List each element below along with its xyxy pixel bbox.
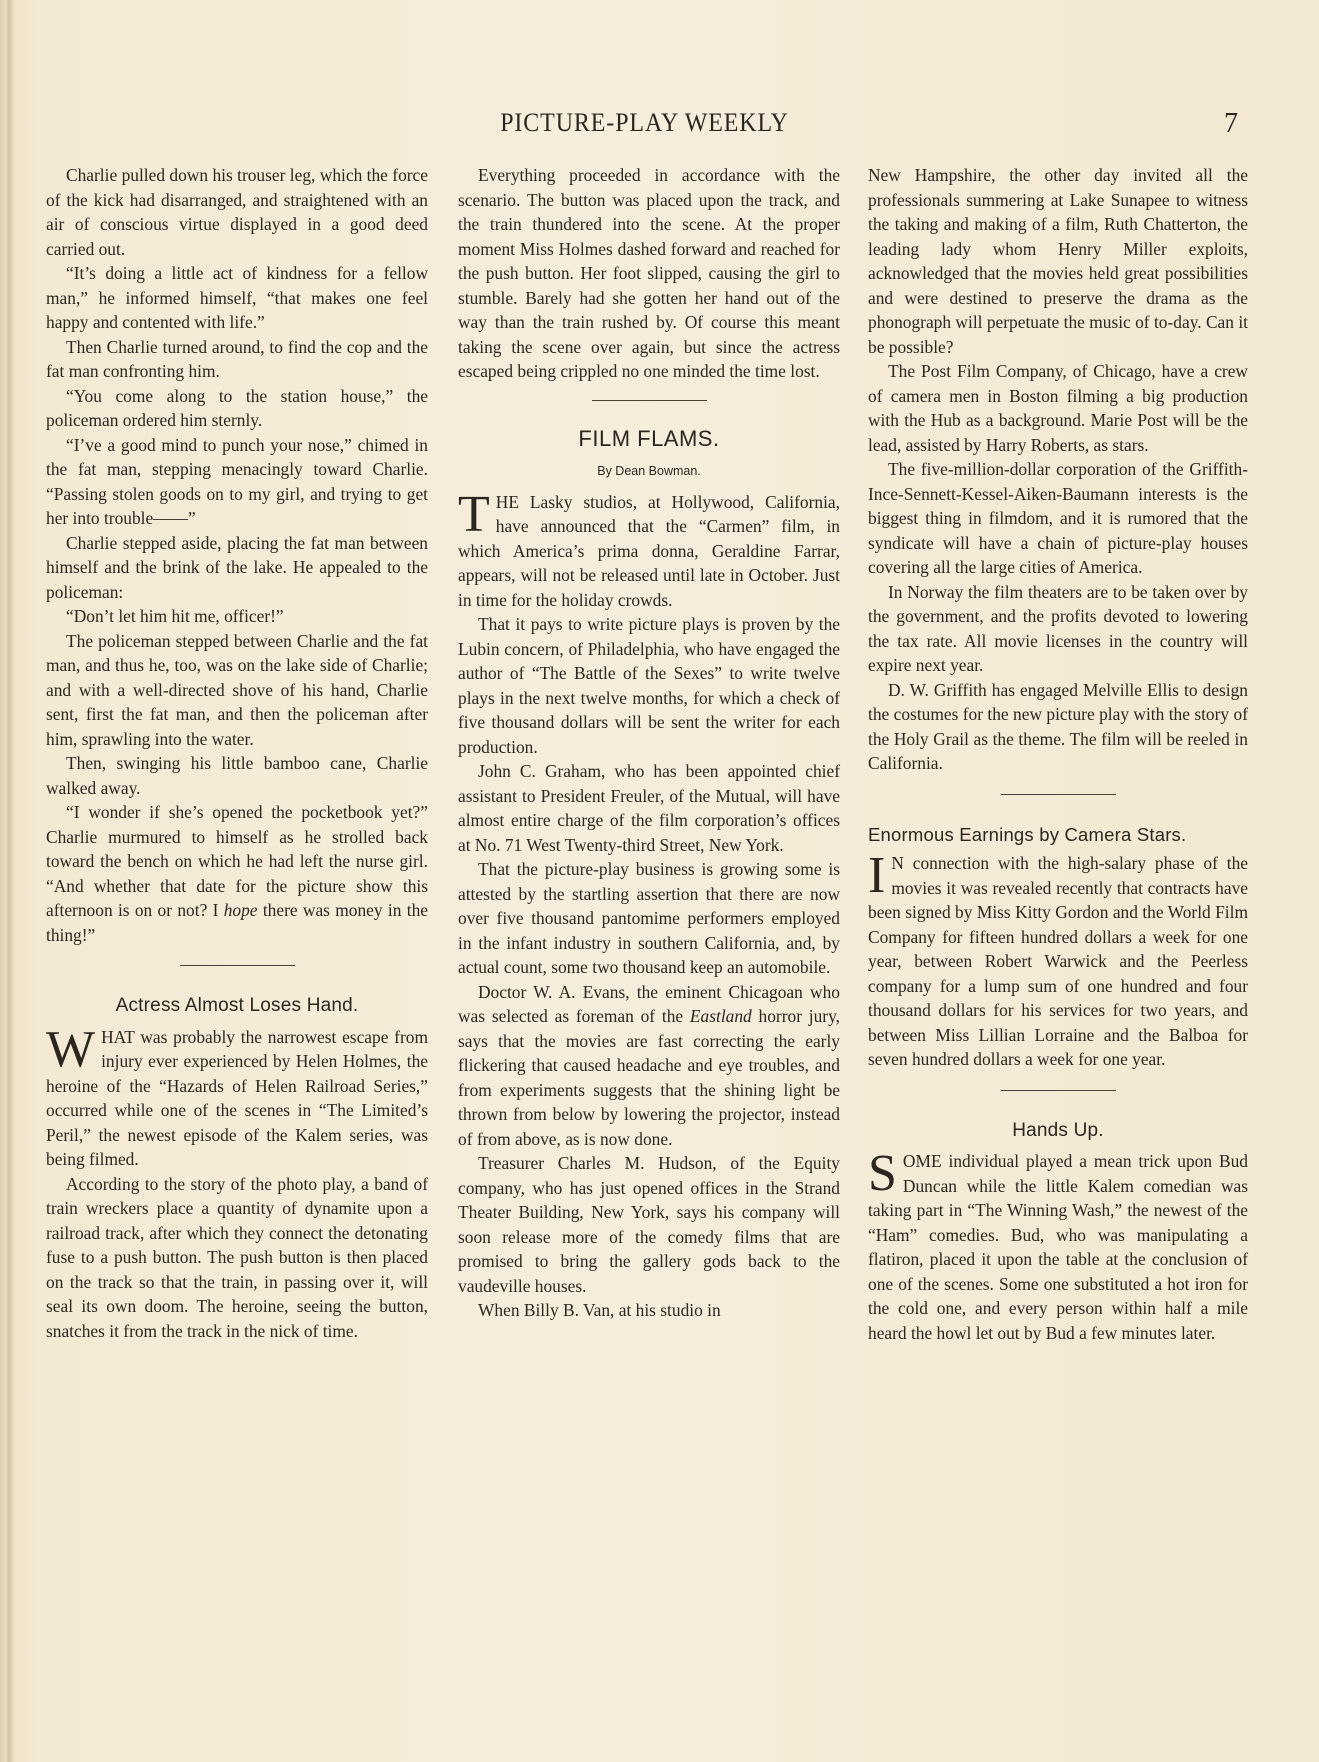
article-paragraph: The Post Film Company, of Chicago, have … bbox=[868, 359, 1248, 457]
article-lead-paragraph: WHAT was probably the narrowest escape f… bbox=[46, 1025, 428, 1172]
section-divider bbox=[1001, 794, 1116, 795]
story-paragraph: “I’ve a good mind to punch your nose,” c… bbox=[46, 433, 428, 531]
article-lead-paragraph: THE Lasky studios, at Hollywood, Califor… bbox=[458, 490, 840, 613]
right-column: New Hampshire, the other day invited all… bbox=[868, 163, 1248, 1345]
article-paragraph: John C. Graham, who has been appointed c… bbox=[458, 759, 840, 857]
page-number: 7 bbox=[1224, 108, 1238, 140]
italic-word: Eastland bbox=[690, 1006, 752, 1026]
lead-caps: OME bbox=[903, 1151, 942, 1171]
magazine-title: PICTURE-PLAY WEEKLY bbox=[467, 108, 821, 138]
lead-caps: HAT bbox=[101, 1027, 135, 1047]
lead-text: individual played a mean trick upon Bud … bbox=[868, 1151, 1248, 1343]
article-title-actress: Actress Almost Loses Hand. bbox=[46, 994, 428, 1019]
lead-text: was probably the narrowest escape from i… bbox=[46, 1027, 428, 1170]
section-divider bbox=[1001, 1090, 1116, 1091]
article-title-film-flams: FILM FLAMS. bbox=[458, 427, 840, 452]
story-paragraph: Charlie pulled down his trouser leg, whi… bbox=[46, 163, 428, 261]
article-paragraph: When Billy B. Van, at his studio in bbox=[458, 1298, 840, 1323]
article-paragraph: Treasurer Charles M. Hudson, of the Equi… bbox=[458, 1151, 840, 1298]
story-paragraph: “Don’t let him hit me, officer!” bbox=[46, 604, 428, 629]
article-paragraph: The five-million-dollar corporation of t… bbox=[868, 457, 1248, 580]
article-title-hands-up: Hands Up. bbox=[868, 1119, 1248, 1144]
article-paragraph: Doctor W. A. Evans, the eminent Chicagoa… bbox=[458, 980, 840, 1152]
story-paragraph: Then Charlie turned around, to find the … bbox=[46, 335, 428, 384]
article-title-earnings: Enormous Earnings by Camera Stars. bbox=[868, 823, 1248, 848]
continuation-paragraph: New Hampshire, the other day invited all… bbox=[868, 163, 1248, 359]
text-span: horror jury, says that the movies are fa… bbox=[458, 1006, 840, 1149]
story-paragraph: Charlie stepped aside, placing the fat m… bbox=[46, 531, 428, 605]
story-paragraph: “You come along to the station house,” t… bbox=[46, 384, 428, 433]
middle-column: Everything proceeded in accordance with … bbox=[458, 163, 840, 1323]
byline: By Dean Bowman. bbox=[458, 459, 840, 484]
italic-word: hope bbox=[224, 900, 258, 920]
lead-caps: HE bbox=[496, 492, 519, 512]
article-paragraph: According to the story of the photo play… bbox=[46, 1172, 428, 1344]
article-paragraph: That it pays to write picture plays is p… bbox=[458, 612, 840, 759]
article-lead-paragraph: SOME individual played a mean trick upon… bbox=[868, 1149, 1248, 1345]
article-paragraph: That the picture-play business is growin… bbox=[458, 857, 840, 980]
section-divider bbox=[180, 965, 295, 966]
page-header: PICTURE-PLAY WEEKLY 7 bbox=[0, 108, 1319, 140]
section-divider bbox=[592, 400, 707, 401]
article-paragraph: In Norway the film theaters are to be ta… bbox=[868, 580, 1248, 678]
left-column: Charlie pulled down his trouser leg, whi… bbox=[46, 163, 428, 1343]
story-paragraph: “It’s doing a little act of kindness for… bbox=[46, 261, 428, 335]
article-lead-paragraph: IN connection with the high-salary phase… bbox=[868, 851, 1248, 1072]
story-paragraph: The policeman stepped between Charlie an… bbox=[46, 629, 428, 752]
lead-text: connection with the high-salary phase of… bbox=[868, 853, 1248, 1069]
article-paragraph: D. W. Griffith has engaged Melville Elli… bbox=[868, 678, 1248, 776]
drop-cap: T bbox=[458, 494, 490, 536]
drop-cap: I bbox=[868, 855, 885, 897]
drop-cap: W bbox=[46, 1029, 95, 1071]
story-paragraph: Then, swinging his little bamboo cane, C… bbox=[46, 751, 428, 800]
continuation-paragraph: Everything proceeded in accordance with … bbox=[458, 163, 840, 384]
lead-caps: N bbox=[891, 853, 904, 873]
drop-cap: S bbox=[868, 1153, 897, 1195]
story-closing-paragraph: “I wonder if she’s opened the pocketbook… bbox=[46, 800, 428, 947]
